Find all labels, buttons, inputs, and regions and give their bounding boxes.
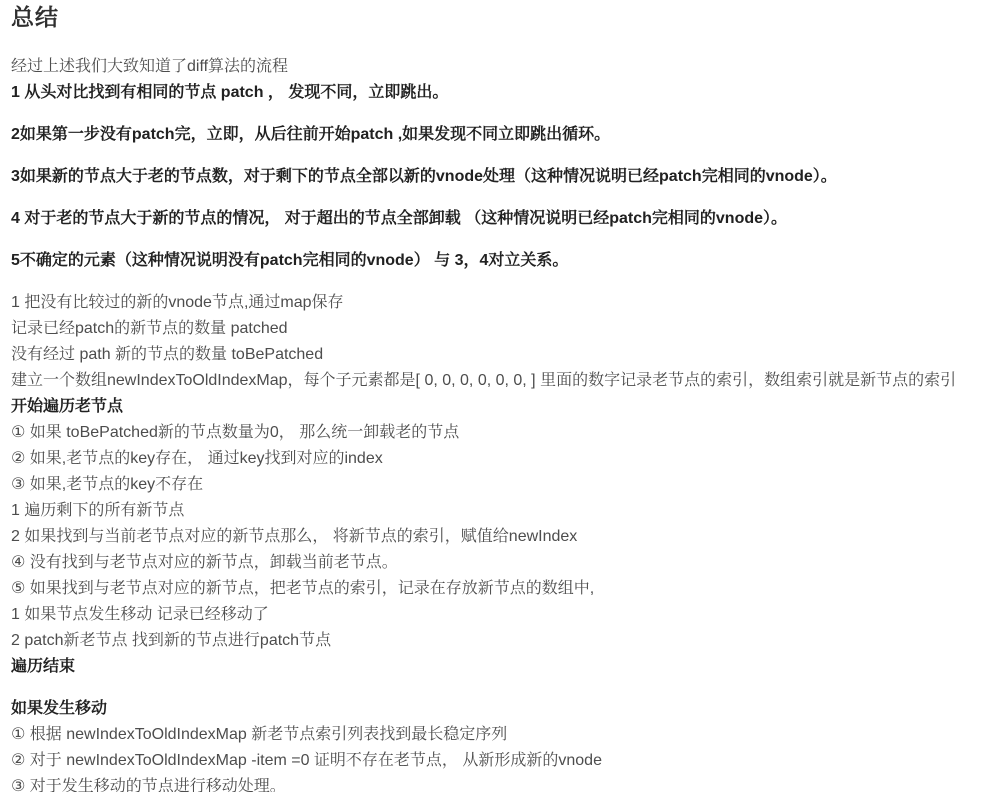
article-body: 总结 经过上述我们大致知道了diff算法的流程 1 从头对比找到有相同的节点 p… [0, 0, 990, 792]
diff-rule-2: 2如果第一步没有patch完，立即，从后往前开始patch ,如果发现不同立即跳… [11, 122, 976, 148]
traversal-line: ③ 如果,老节点的key不存在 [11, 472, 976, 498]
intro-line: 经过上述我们大致知道了diff算法的流程 [11, 54, 976, 80]
movement-step: ① 根据 newIndexToOldIndexMap 新老节点索引列表找到最长稳… [11, 722, 976, 748]
traversal-line: 2 如果找到与当前老节点对应的新节点那么， 将新节点的索引，赋值给newInde… [11, 524, 976, 550]
diff-rule-1: 1 从头对比找到有相同的节点 patch ， 发现不同，立即跳出。 [11, 80, 976, 106]
diff-rule-5: 5不确定的元素（这种情况说明没有patch完相同的vnode） 与 3，4对立关… [11, 248, 976, 274]
traversal-subheading-start: 开始遍历老节点 [11, 394, 976, 420]
intro-paragraph: 经过上述我们大致知道了diff算法的流程 1 从头对比找到有相同的节点 patc… [11, 54, 976, 106]
section-title: 总结 [11, 4, 976, 30]
traversal-line: 1 如果节点发生移动 记录已经移动了 [11, 602, 976, 628]
traversal-line: ④ 没有找到与老节点对应的新节点，卸载当前老节点。 [11, 550, 976, 576]
traversal-line: ⑤ 如果找到与老节点对应的新节点，把老节点的索引，记录在存放新节点的数组中, [11, 576, 976, 602]
diff-rule-3: 3如果新的节点大于老的节点数，对于剩下的节点全部以新的vnode处理（这种情况说… [11, 164, 976, 190]
movement-step: ② 对于 newIndexToOldIndexMap -item =0 证明不存… [11, 748, 976, 774]
traversal-paragraph: 1 把没有比较过的新的vnode节点,通过map保存 记录已经patch的新节点… [11, 290, 976, 680]
diff-rule-4: 4 对于老的节点大于新的节点的情况， 对于超出的节点全部卸载 （这种情况说明已经… [11, 206, 976, 232]
traversal-line: 1 遍历剩下的所有新节点 [11, 498, 976, 524]
movement-heading: 如果发生移动 [11, 696, 976, 722]
traversal-line: 没有经过 path 新的节点的数量 toBePatched [11, 342, 976, 368]
traversal-line: 2 patch新老节点 找到新的节点进行patch节点 [11, 628, 976, 654]
traversal-subheading-end: 遍历结束 [11, 654, 976, 680]
movement-paragraph: 如果发生移动 ① 根据 newIndexToOldIndexMap 新老节点索引… [11, 696, 976, 792]
traversal-line: ② 如果,老节点的key存在， 通过key找到对应的index [11, 446, 976, 472]
traversal-line: 记录已经patch的新节点的数量 patched [11, 316, 976, 342]
movement-step: ③ 对于发生移动的节点进行移动处理。 [11, 774, 976, 792]
traversal-line: ① 如果 toBePatched新的节点数量为0， 那么统一卸载老的节点 [11, 420, 976, 446]
traversal-line: 1 把没有比较过的新的vnode节点,通过map保存 [11, 290, 976, 316]
traversal-line: 建立一个数组newIndexToOldIndexMap，每个子元素都是[ 0, … [11, 368, 976, 394]
